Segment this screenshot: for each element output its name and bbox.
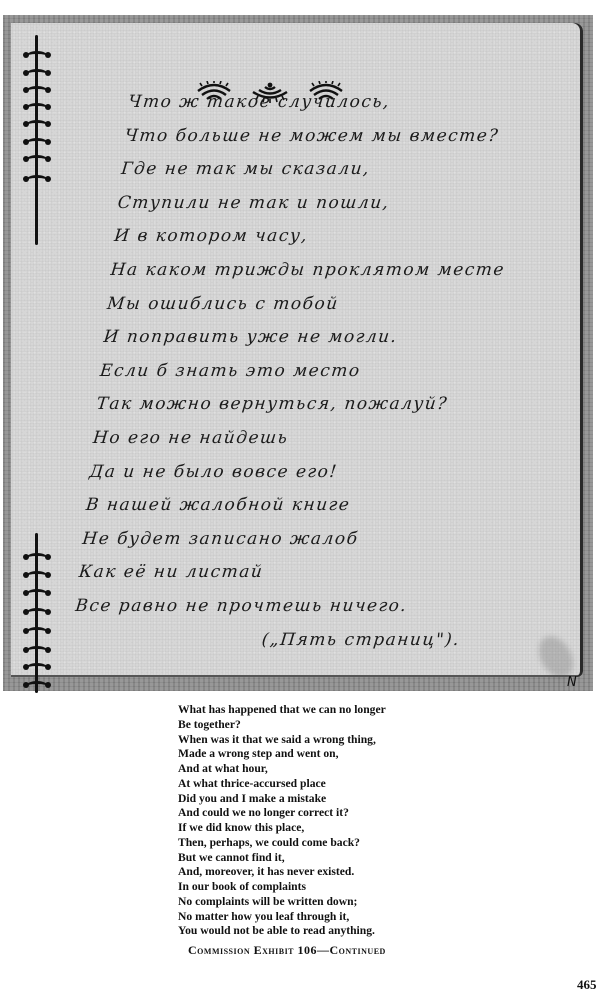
handwritten-line: Что больше не можем мы вместе? xyxy=(123,120,597,154)
handwritten-line: Если б знать это место xyxy=(98,355,572,389)
handwritten-signature: („Пять страниц"). xyxy=(70,624,544,658)
handwritten-line: Не будет записано жалоб xyxy=(81,523,555,557)
handwritten-line: На каком трижды проклятом месте xyxy=(109,254,583,288)
page-number: 465 xyxy=(577,977,597,993)
translation-line: If we did know this place, xyxy=(178,821,386,836)
corner-mark: N xyxy=(567,675,577,690)
handwritten-line: Но его не найдешь xyxy=(91,422,565,456)
translation-line: No complaints will be written down; xyxy=(178,895,386,910)
handwritten-line: Все равно не прочтешь ничего. xyxy=(74,590,548,624)
handwritten-line: Как её ни листай xyxy=(77,556,551,590)
handwritten-line: Так можно вернуться, пожалуй? xyxy=(95,388,569,422)
translation-line: And, moreover, it has never existed. xyxy=(178,865,386,880)
translation-line: In our book of complaints xyxy=(178,880,386,895)
spiral-binding-top xyxy=(23,35,51,255)
english-translation: What has happened that we can no longer … xyxy=(178,703,386,939)
translation-line: But we cannot find it, xyxy=(178,851,386,866)
exhibit-caption: Commission Exhibit 106—Continued xyxy=(188,943,386,958)
handwritten-line: И в котором часу, xyxy=(112,220,586,254)
translation-line: Made a wrong step and went on, xyxy=(178,747,386,762)
handwritten-line: Где не так мы сказали, xyxy=(119,153,593,187)
translation-line: You would not be able to read anything. xyxy=(178,924,386,939)
translation-line: What has happened that we can no longer xyxy=(178,703,386,718)
handwritten-line: Ступили не так и пошли, xyxy=(116,187,590,221)
handwritten-poem: Что ж такое случилось, Что больше не мож… xyxy=(70,86,600,657)
spiral-binding-bottom xyxy=(23,533,51,693)
translation-line: No matter how you leaf through it, xyxy=(178,910,386,925)
translation-line: Then, perhaps, we could come back? xyxy=(178,836,386,851)
translation-line: And at what hour, xyxy=(178,762,386,777)
handwritten-line: Что ж такое случилось, xyxy=(126,86,600,120)
translation-line: Did you and I make a mistake xyxy=(178,792,386,807)
translation-line: Be together? xyxy=(178,718,386,733)
handwritten-line: В нашей жалобной книге xyxy=(84,489,558,523)
handwritten-line: Мы ошиблись с тобой xyxy=(105,288,579,322)
translation-line: And could we no longer correct it? xyxy=(178,806,386,821)
handwritten-line: Да и не было вовсе его! xyxy=(88,456,562,490)
handwritten-line: И поправить уже не могли. xyxy=(102,321,576,355)
translation-line: When was it that we said a wrong thing, xyxy=(178,733,386,748)
translation-line: At what thrice-accursed place xyxy=(178,777,386,792)
